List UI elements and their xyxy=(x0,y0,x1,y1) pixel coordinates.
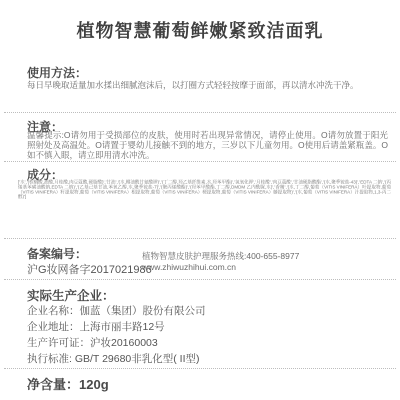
execution-standard: 执行标准: GB/T 29680非乳化型( II型) xyxy=(27,351,200,366)
ingredients-body: ['水','(棕榈酸,油酸,月桂酸,肉豆蔻酸,硬脂酸)','甘油','(水,椰油… xyxy=(18,180,391,200)
service-hotline: 植物智慧皮肤护理服务热线:400-655-8977 xyxy=(142,250,299,262)
caution-body: 温馨提示:O请勿用于受损部位的皮肤，使用时若出现异常情况，请停止使用。O请勿放置… xyxy=(27,130,388,160)
net-content: 净含量：120g xyxy=(27,374,109,393)
manufacturer-address: 企业地址：上海市丽丰路12号 xyxy=(27,319,165,334)
product-info-label: 植物智慧葡萄鲜嫩紧致洁面乳 使用方法： 每日早晚取适量加水揉出细腻泡沫后，以打圈… xyxy=(0,0,400,400)
registration-number: 沪G妆网备字2017021986 xyxy=(27,261,152,277)
website-url: www.zhiwuzhihui.com.cn xyxy=(142,262,236,272)
usage-body: 每日早晚取适量加水揉出细腻泡沫后，以打圈方式轻轻按摩于面部，再以清水冲洗干净。 xyxy=(27,80,388,90)
production-license: 生产许可证：沪妆20160003 xyxy=(27,335,158,350)
divider xyxy=(4,112,396,113)
manufacturer-name: 企业名称：伽蓝（集团）股份有限公司 xyxy=(27,303,206,318)
registration-heading: 备案编号： xyxy=(27,245,87,262)
divider xyxy=(4,368,396,369)
usage-heading: 使用方法： xyxy=(27,64,87,81)
product-title: 植物智慧葡萄鲜嫩紧致洁面乳 xyxy=(0,17,400,43)
divider xyxy=(4,279,396,280)
manufacturer-heading: 实际生产企业： xyxy=(27,286,115,304)
divider xyxy=(4,161,396,162)
divider xyxy=(4,238,396,239)
